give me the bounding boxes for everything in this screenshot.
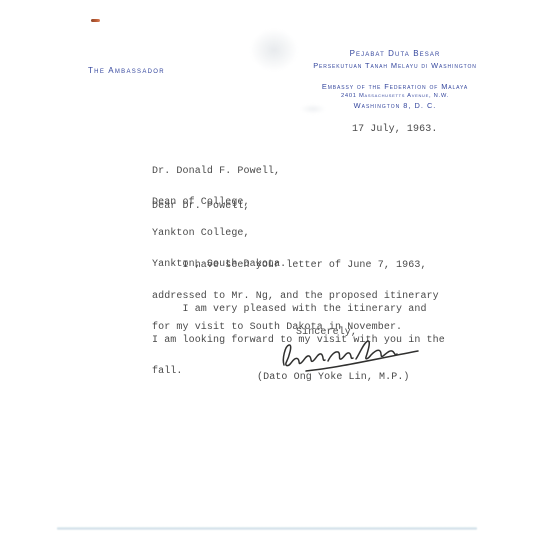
emboss-smudge xyxy=(248,27,300,73)
recipient-line: Dr. Donald F. Powell, xyxy=(152,167,286,177)
scanned-letter-page: The Ambassador Pejabat Duta Besar Persek… xyxy=(0,0,533,533)
salutation: Dear Dr. Powell, xyxy=(152,202,250,212)
letterhead-ambassador-title: The Ambassador xyxy=(88,66,165,75)
recipient-line: Yankton College, xyxy=(152,229,286,239)
handwritten-signature xyxy=(276,333,424,377)
typed-signature-name: (Dato Ong Yoke Lin, M.P.) xyxy=(257,373,410,383)
letterhead-org-line-2: Persekutuan Tanah Melayu di Washington xyxy=(300,61,490,70)
letterhead-embassy-address: 2401 Massachusetts Avenue, N.W. xyxy=(300,93,490,99)
letterhead-embassy-line-1: Embassy of the Federation of Malaya xyxy=(300,82,490,91)
body-line: I am very pleased with the itinerary and xyxy=(152,305,445,315)
letterhead-embassy-city: Washington 8, D. C. xyxy=(300,101,490,110)
letter-date: 17 July, 1963. xyxy=(352,125,437,135)
paper-bottom-edge xyxy=(57,527,477,530)
letterhead-org-line-1: Pejabat Duta Besar xyxy=(300,49,490,58)
body-line: I have seen your letter of June 7, 1963, xyxy=(152,261,439,271)
letterhead-embassy-block: Pejabat Duta Besar Persekutuan Tanah Mel… xyxy=(300,49,490,110)
red-pen-mark xyxy=(91,19,100,22)
